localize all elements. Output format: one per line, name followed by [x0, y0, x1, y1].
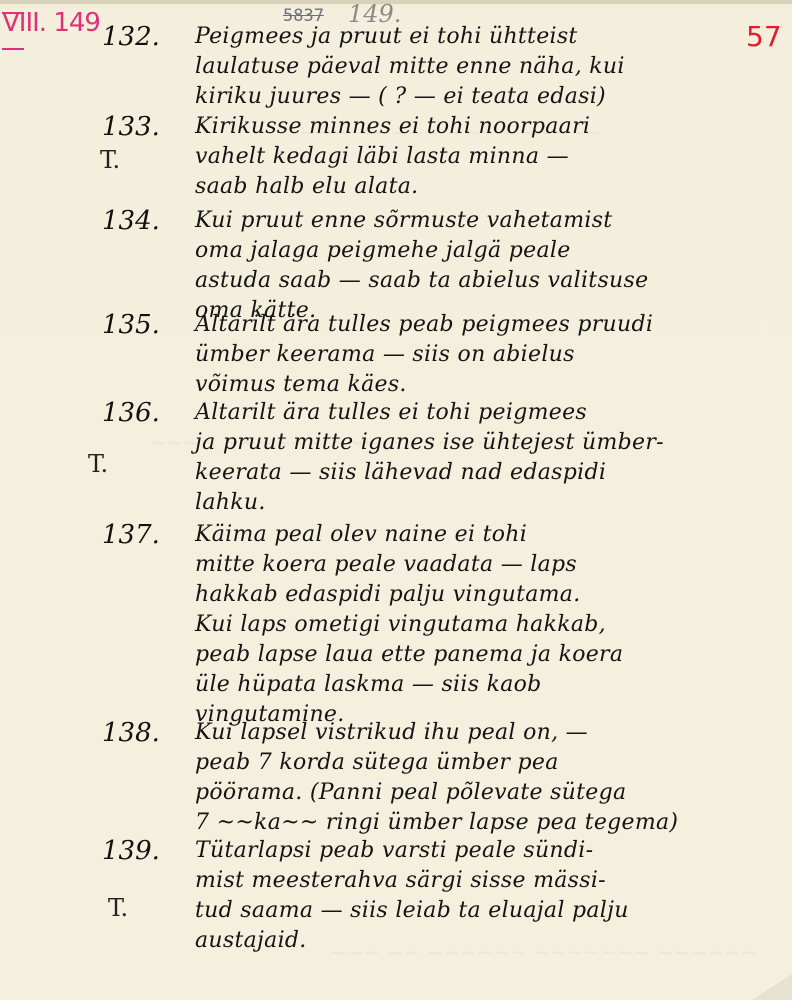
entry-number: 137. [102, 520, 160, 550]
entry-text: Altarilt ära tulles ei tohi peigmees ja … [195, 398, 664, 518]
entry-number: 132. [102, 22, 160, 52]
entry-line: Altarilt ära tulles peab peigmees pruudi [195, 310, 653, 340]
entry-line: Kui pruut enne sõrmuste vahetamist [195, 206, 648, 236]
entry-line: Peigmees ja pruut ei tohi ühtteist [195, 22, 625, 52]
archive-ref-underline [2, 48, 24, 50]
entry-marker: T. [100, 146, 120, 174]
entry-line: astuda saab — saab ta abielus valitsuse [195, 266, 648, 296]
entry-number: 139. [102, 836, 160, 866]
entry-line: laulatuse päeval mitte enne näha, kui [195, 52, 625, 82]
entry-text: Altarilt ära tulles peab peigmees pruudi… [195, 310, 653, 400]
entry-text: Kui lapsel vistrikud ihu peal on, — peab… [195, 718, 678, 838]
entry-number: 134. [102, 206, 160, 236]
entry-text: Peigmees ja pruut ei tohi ühtteist laula… [195, 22, 625, 112]
entry-line: ja pruut mitte iganes ise ühtejest ümber… [195, 428, 664, 458]
entry-number: 138. [102, 718, 160, 748]
entry-line: mitte koera peale vaadata — laps [195, 550, 623, 580]
entry-number: 136. [102, 398, 160, 428]
entry-line: Altarilt ära tulles ei tohi peigmees [195, 398, 664, 428]
entry-text: Kui pruut enne sõrmuste vahetamist oma j… [195, 206, 648, 326]
entry-text: Kirikusse minnes ei tohi noorpaari vahel… [195, 112, 590, 202]
page-number: 57 [746, 20, 782, 53]
entry-marker: T. [108, 894, 128, 922]
entry-line: kiriku juures — ( ? — ei teata edasi) [195, 82, 625, 112]
entry-line: vahelt kedagi läbi lasta minna — [195, 142, 590, 172]
entry-number: 133. [102, 112, 160, 142]
entry-line: Kui laps ometigi vingutama hakkab, [195, 610, 623, 640]
page-corner-curl [752, 974, 792, 1000]
entry-line: keerata — siis lähevad nad edaspidi [195, 458, 664, 488]
entry-line: peab 7 korda sütega ümber pea [195, 748, 678, 778]
entry-line: võimus tema käes. [195, 370, 653, 400]
entry-line: oma jalaga peigmehe jalgä peale [195, 236, 648, 266]
entry-line: Tütarlapsi peab varsti peale sündi- [195, 836, 629, 866]
entry-line: Käima peal olev naine ei tohi [195, 520, 623, 550]
entry-line: mist meesterahva särgi sisse mässi- [195, 866, 629, 896]
entry-line: hakkab edaspidi palju vingutama. [195, 580, 623, 610]
entry-text: Käima peal olev naine ei tohi mitte koer… [195, 520, 623, 730]
entry-line: austajaid. [195, 926, 629, 956]
archive-ref-overline [2, 12, 24, 14]
entry-line: tud saama — siis leiab ta eluajal palju [195, 896, 629, 926]
archive-reference: VIII. 149 [2, 8, 100, 38]
entry-line: peab lapse laua ette panema ja koera [195, 640, 623, 670]
entry-line: pöörama. (Panni peal põlevate sütega [195, 778, 678, 808]
entry-line: 7 ~~ka~~ ringi ümber lapse pea tegema) [195, 808, 678, 838]
entry-line: ümber keerama — siis on abielus [195, 340, 653, 370]
entry-line: üle hüpata laskma — siis kaob [195, 670, 623, 700]
entry-line: Kirikusse minnes ei tohi noorpaari [195, 112, 590, 142]
entry-marker: T. [88, 450, 108, 478]
entry-line: lahku. [195, 488, 664, 518]
manuscript-page: ~~~ ~~~~~ ~~~ ~~~~~~ ~~~~ ~~~~~~ ~~~ ~~~… [0, 0, 792, 1000]
entry-line: Kui lapsel vistrikud ihu peal on, — [195, 718, 678, 748]
entry-number: 135. [102, 310, 160, 340]
entry-line: saab halb elu alata. [195, 172, 590, 202]
entry-text: Tütarlapsi peab varsti peale sündi- mist… [195, 836, 629, 956]
